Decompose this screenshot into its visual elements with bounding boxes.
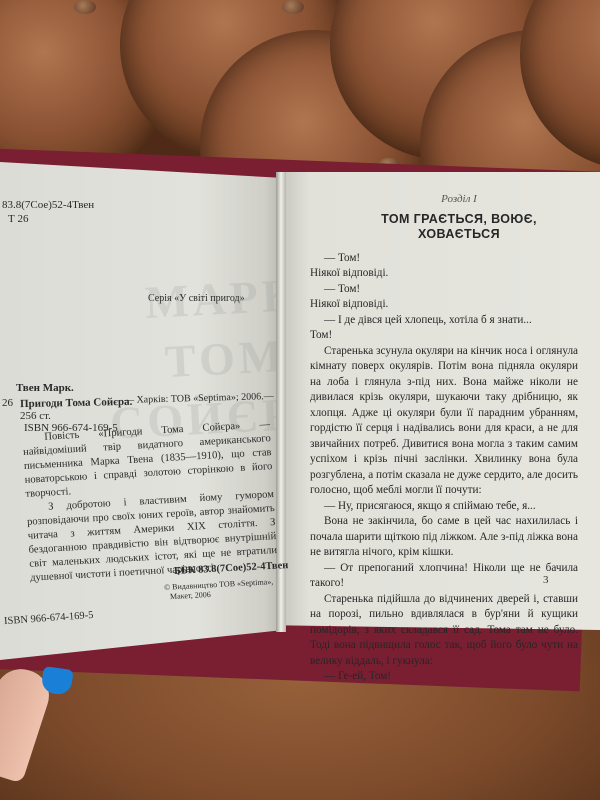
series-name: Серія «У світі пригод» — [148, 292, 245, 305]
chapter-label: Розділ I — [340, 192, 578, 208]
ghost-imprint: ТОМ — [164, 329, 288, 388]
sofa-button — [282, 0, 304, 14]
page-number: 3 — [543, 574, 549, 586]
chapter-paragraph: — Том! — [310, 251, 578, 267]
chapter-title: ТОМ ГРАЄТЬСЯ, ВОЮЄ, ХОВАЄТЬСЯ — [340, 212, 578, 243]
chapter-paragraph: Том! — [310, 328, 578, 344]
chapter-paragraph: Ніякої відповіді. — [310, 266, 578, 282]
author: Твен Марк. — [16, 382, 74, 395]
chapter-paragraph: Вона не закінчила, бо саме в цей час нах… — [310, 514, 578, 561]
chapter-paragraph: — От препоганий хлопчина! Ніколи ще не б… — [310, 561, 578, 592]
book-title: Пригоди Тома Сойєра. — [20, 396, 133, 411]
chapter-paragraph: — Ге-ей, Том! — [310, 669, 578, 685]
catalog-letter: Т 26 — [8, 213, 28, 226]
catalog-number: 26 — [2, 397, 13, 410]
copyright-year: Макет, 2006 — [170, 588, 211, 603]
chapter-paragraph: Старенька зсунула окуляри на кінчик носа… — [310, 344, 578, 499]
chapter-paragraphs: — Том!Ніякої відповіді.— Том!Ніякої відп… — [310, 251, 578, 685]
chapter-paragraph: — І де дівся цей хлопець, хотіла б я зна… — [310, 313, 578, 329]
sofa-button — [74, 0, 96, 14]
chapter-paragraph: Старенька підійшла до відчинених дверей … — [310, 592, 578, 670]
chapter-paragraph: Ніякої відповіді. — [310, 297, 578, 313]
classification-code: 83.8(7Сое)52-4Твен — [2, 199, 94, 212]
chapter-text: Розділ I ТОМ ГРАЄТЬСЯ, ВОЮЄ, ХОВАЄТЬСЯ —… — [310, 192, 578, 685]
chapter-paragraph: — Ну, присягаюся, якщо я спіймаю тебе, я… — [310, 499, 578, 515]
chapter-paragraph: — Том! — [310, 282, 578, 298]
